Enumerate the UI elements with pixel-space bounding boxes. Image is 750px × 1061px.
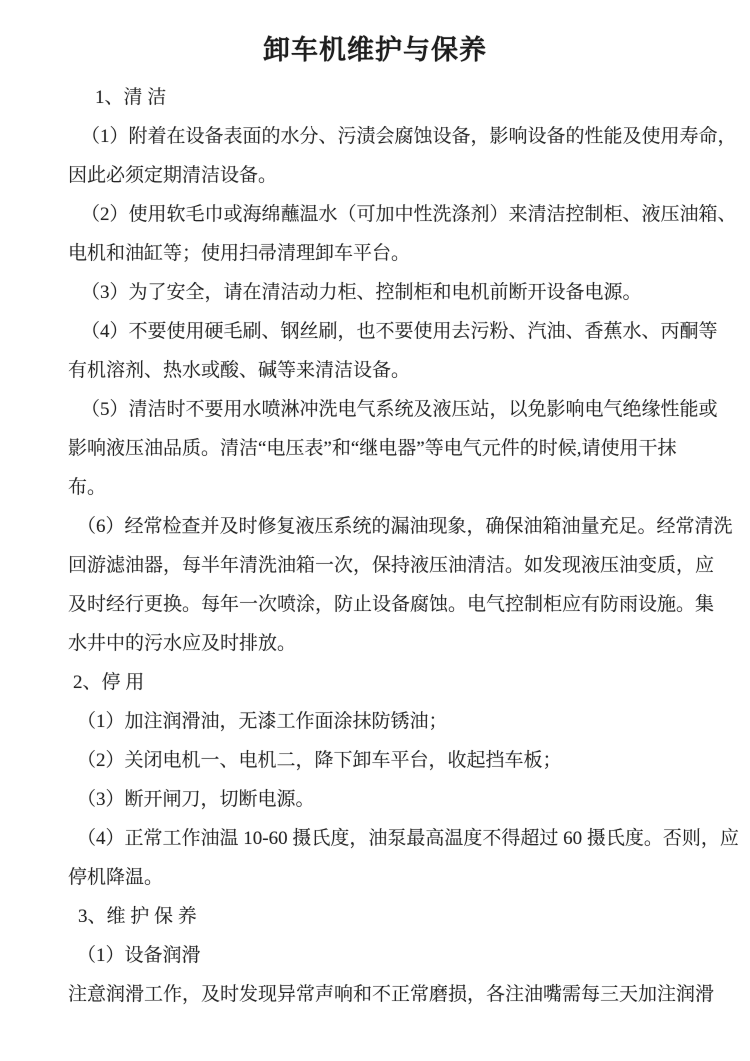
sec1-item2-line1: （2）使用软毛巾或海绵蘸温水（可加中性洗涤剂）来清洁控制柜、液压油箱、	[68, 195, 694, 234]
sec2-item1-line1: （1）加注润滑油，无漆工作面涂抹防锈油；	[68, 702, 694, 741]
sec1-item1-line2: 因此必须定期清洁设备。	[68, 156, 694, 195]
sec1-item5-line3: 布。	[68, 468, 694, 507]
section-1-heading: 1、清 洁	[68, 78, 694, 117]
sec1-item1-line1: （1）附着在设备表面的水分、污渍会腐蚀设备，影响设备的性能及使用寿命，	[68, 117, 694, 156]
sec1-item5-line2: 影响液压油品质。清洁“电压表”和“继电器”等电气元件的时候,请使用干抹	[68, 429, 694, 468]
sec1-item6-line4: 水井中的污水应及时排放。	[68, 624, 694, 663]
document-page: 卸车机维护与保养 1、清 洁 （1）附着在设备表面的水分、污渍会腐蚀设备，影响设…	[0, 0, 750, 1061]
sec1-item6-line1: （6）经常检查并及时修复液压系统的漏油现象，确保油箱油量充足。经常清洗	[68, 507, 694, 546]
sec1-item6-line3: 及时经行更换。每年一次喷涂，防止设备腐蚀。电气控制柜应有防雨设施。集	[68, 585, 694, 624]
sec1-item6-line2: 回游滤油器，每半年清洗油箱一次，保持液压油清洁。如发现液压油变质，应	[68, 546, 694, 585]
document-title: 卸车机维护与保养	[0, 0, 750, 70]
sec3-item1-heading: （1）设备润滑	[68, 936, 694, 975]
sec2-item4-line1: （4）正常工作油温 10-60 摄氏度，油泵最高温度不得超过 60 摄氏度。否则…	[68, 819, 694, 858]
document-body: 1、清 洁 （1）附着在设备表面的水分、污渍会腐蚀设备，影响设备的性能及使用寿命…	[0, 78, 750, 1014]
sec1-item5-line1: （5）清洁时不要用水喷淋冲洗电气系统及液压站，以免影响电气绝缘性能或	[68, 390, 694, 429]
sec1-item2-line2: 电机和油缸等；使用扫帚清理卸车平台。	[68, 234, 694, 273]
section-2-heading: 2、停 用	[68, 663, 694, 702]
sec2-item3-line1: （3）断开闸刀，切断电源。	[68, 780, 694, 819]
sec2-item4-line2: 停机降温。	[68, 858, 694, 897]
sec2-item2-line1: （2）关闭电机一、电机二，降下卸车平台，收起挡车板；	[68, 741, 694, 780]
sec1-item4-line1: （4）不要使用硬毛刷、钢丝刷，也不要使用去污粉、汽油、香蕉水、丙酮等	[68, 312, 694, 351]
sec1-item3-line1: （3）为了安全，请在清洁动力柜、控制柜和电机前断开设备电源。	[68, 273, 694, 312]
section-3-heading: 3、维 护 保 养	[68, 897, 694, 936]
sec3-paragraph-line1: 注意润滑工作，及时发现异常声响和不正常磨损，各注油嘴需每三天加注润滑	[68, 975, 694, 1014]
sec1-item4-line2: 有机溶剂、热水或酸、碱等来清洁设备。	[68, 351, 694, 390]
